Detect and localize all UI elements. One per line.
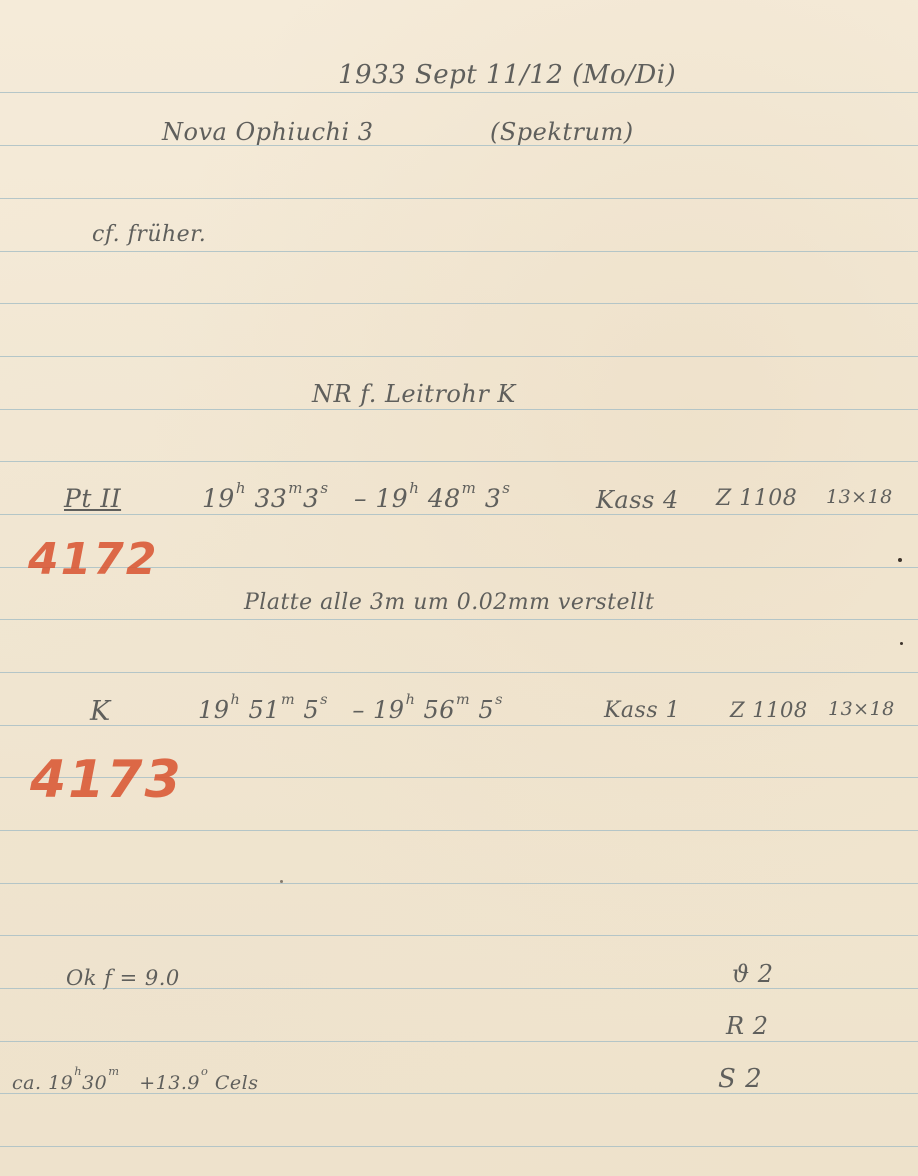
ruled-line [0,619,918,620]
ruled-line [0,672,918,673]
plate-number: 4173 [30,750,183,810]
range-dash: – [354,484,367,513]
date-heading: 1933 Sept 11/12 (Mo/Di) [338,60,676,90]
end-hour: 19 [373,696,405,724]
notebook-page: 1933 Sept 11/12 (Mo/Di) Nova Ophiuchi 3 … [0,0,918,1176]
paper-spot [900,642,903,645]
second-unit: s [502,479,510,497]
plate-note: Platte alle 3m um 0.02mm verstellt [244,590,654,615]
start-second: 5 [303,696,319,724]
hour-unit: h [406,692,416,708]
end-minute: 56 [423,696,455,724]
plate-size: 13×18 [828,698,895,720]
ruled-line [0,1041,918,1042]
degree-symbol: o [201,1064,208,1078]
hour-unit: h [409,479,419,497]
plate-size: 13×18 [826,486,893,508]
exposure-label: K [90,696,111,727]
paper-spot [898,558,902,562]
minute-unit: m [462,479,477,497]
start-hour: 19 [202,484,235,513]
ruled-line [0,725,918,726]
ruled-line [0,92,918,93]
ruled-line [0,356,918,357]
temperature-unit: Cels [215,1072,259,1094]
ruled-line [0,409,918,410]
temperature-hour: 19 [48,1072,73,1094]
second-unit: s [320,692,328,708]
end-hour: 19 [375,484,408,513]
end-minute: 48 [428,484,461,513]
exposure-time-range: 19h 33m3s – 19h 48m 3s [202,484,510,513]
setup-line: NR f. Leitrohr K [312,380,516,408]
minute-unit: m [288,479,303,497]
hour-unit: h [231,692,241,708]
ruled-line [0,461,918,462]
start-second: 3 [303,484,319,513]
stability-rating: S 2 [718,1064,762,1094]
ruled-line [0,883,918,884]
hour-unit: h [74,1064,82,1078]
temperature-minute: 30 [82,1072,107,1094]
start-hour: 19 [198,696,230,724]
plate-number: 4172 [28,534,158,585]
paper-spot [280,880,283,883]
ruled-line [0,251,918,252]
ruled-line [0,145,918,146]
minute-unit: m [456,692,470,708]
hour-unit: h [236,479,246,497]
object-note: (Spektrum) [490,118,634,146]
ruled-line [0,1146,918,1147]
ruled-line [0,514,918,515]
object-name: Nova Ophiuchi 3 [162,118,374,146]
temperature-note: ca. 19h30m +13.9o Cels [12,1072,258,1094]
remark-text: cf. früher. [92,222,206,247]
start-minute: 33 [254,484,287,513]
range-dash: – [352,696,365,724]
plate-type: Z 1108 [730,698,808,722]
circa-prefix: ca. [12,1072,42,1094]
ocular-note: Ok f = 9.0 [66,966,180,990]
temperature-value: +13.9 [139,1072,200,1094]
seeing-rating: ϑ 2 [732,960,774,988]
cassette: Kass 1 [604,698,680,723]
second-unit: s [320,479,328,497]
end-second: 3 [485,484,501,513]
ruled-line [0,830,918,831]
minute-unit: m [108,1064,119,1078]
ruled-line [0,303,918,304]
transparency-rating: R 2 [726,1012,768,1040]
ruled-line [0,198,918,199]
exposure-label: Pt II [64,484,121,513]
start-minute: 51 [248,696,280,724]
exposure-time-range: 19h 51m 5s – 19h 56m 5s [198,696,503,724]
ruled-line [0,935,918,936]
minute-unit: m [281,692,295,708]
second-unit: s [495,692,503,708]
plate-type: Z 1108 [716,486,797,511]
end-second: 5 [478,696,494,724]
cassette: Kass 4 [596,486,679,514]
